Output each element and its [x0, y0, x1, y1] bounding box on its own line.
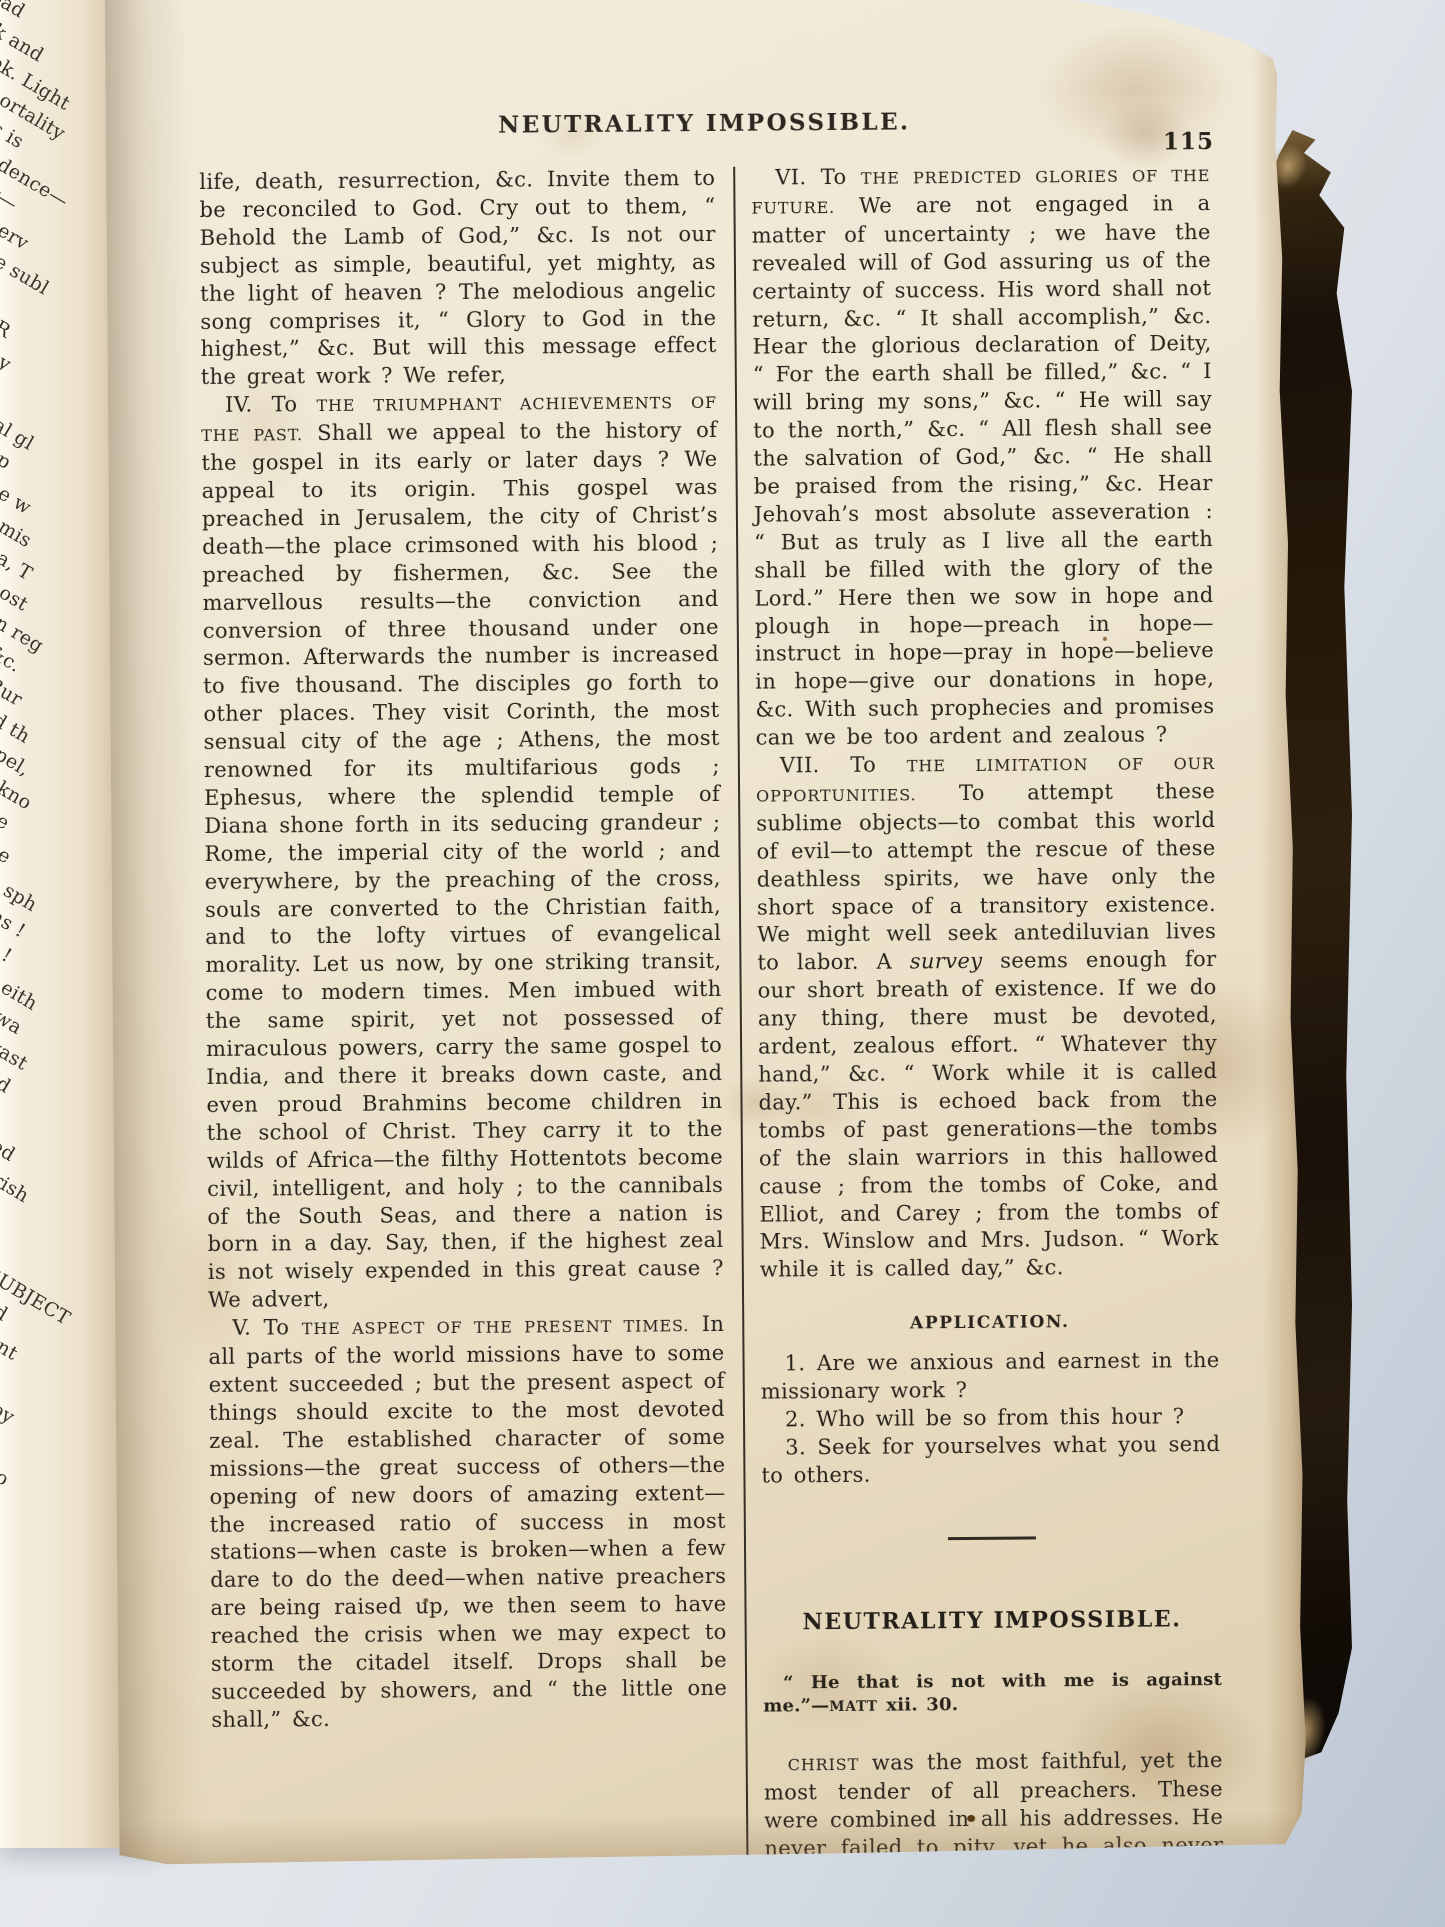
right-column: VI. To the Predicted Glories of the Futu…	[751, 161, 1224, 1919]
body-paragraph: 1. Are we anxious and earnest in the mis…	[760, 1347, 1219, 1406]
text-run: VI. To	[775, 165, 861, 190]
text-columns: life, death, resurrection, &c. Invite th…	[199, 161, 1224, 1923]
small-caps-run: Christ	[788, 1755, 860, 1775]
body-paragraph: life, death, resurrection, &c. Invite th…	[199, 165, 717, 392]
book-photo: and relentless cruelty ; the roadand dis…	[0, 0, 1445, 1927]
ink-speck	[258, 1494, 263, 1499]
text-run: life, death, resurrection, &c. Invite th…	[199, 166, 716, 389]
body-paragraph: V. To the Aspect of the Present Times. I…	[208, 1311, 727, 1735]
text-run: We are not engaged in a matter of uncert…	[752, 191, 1215, 750]
section-heading: NEUTRALITY IMPOSSIBLE.	[763, 1606, 1222, 1636]
page-content: NEUTRALITY IMPOSSIBLE. 115 life, death, …	[105, 0, 1312, 1865]
text-run: xii. 30.	[878, 1694, 958, 1716]
ink-speck	[1103, 637, 1107, 641]
text-run: VII. To	[780, 752, 907, 777]
epigraph-verse: “ He that is not with me is against me.”…	[763, 1668, 1222, 1721]
running-header: NEUTRALITY IMPOSSIBLE. 115	[199, 106, 1210, 141]
ink-speck	[423, 1598, 428, 1602]
text-run: 1. Are we anxious and earnest in the mis…	[761, 1348, 1220, 1404]
running-title: NEUTRALITY IMPOSSIBLE.	[498, 108, 910, 138]
text-run: V. To	[232, 1315, 302, 1340]
small-caps-run: Matt	[829, 1699, 878, 1715]
small-caps-run: the Aspect of the Present Times.	[302, 1316, 690, 1338]
text-run: IV. To	[225, 392, 317, 417]
text-run: seems enough for our short breath of exi…	[758, 947, 1219, 1282]
body-paragraph: IV. To the Triumphant Achievements of th…	[201, 388, 724, 1315]
book-page-115: NEUTRALITY IMPOSSIBLE. 115 life, death, …	[105, 0, 1312, 1865]
ink-speck	[967, 1815, 975, 1822]
column-rule	[733, 167, 749, 1919]
text-run: To attempt these sublime objects—to comb…	[756, 779, 1216, 975]
left-column: life, death, resurrection, &c. Invite th…	[199, 165, 729, 1923]
body-paragraph: VI. To the Predicted Glories of the Futu…	[751, 161, 1215, 753]
body-paragraph: VII. To the Limitation of our Opportunit…	[756, 749, 1219, 1285]
body-paragraph: 2. Who will be so from this hour ?	[761, 1403, 1220, 1435]
body-paragraph: 3. Seek for yourselves what you send to …	[761, 1431, 1220, 1490]
section-divider	[947, 1536, 1035, 1540]
application-heading: Application.	[760, 1311, 1219, 1335]
text-run: In all parts of the world missions have …	[208, 1312, 727, 1732]
text-run: 2. Who will be so from this hour ?	[785, 1404, 1185, 1431]
text-run: 3. Seek for yourselves what you send to …	[761, 1432, 1220, 1488]
page-number: 115	[1163, 128, 1214, 155]
text-run: Shall we appeal to the history of the go…	[201, 418, 724, 1312]
italic-run: survey	[910, 949, 983, 974]
